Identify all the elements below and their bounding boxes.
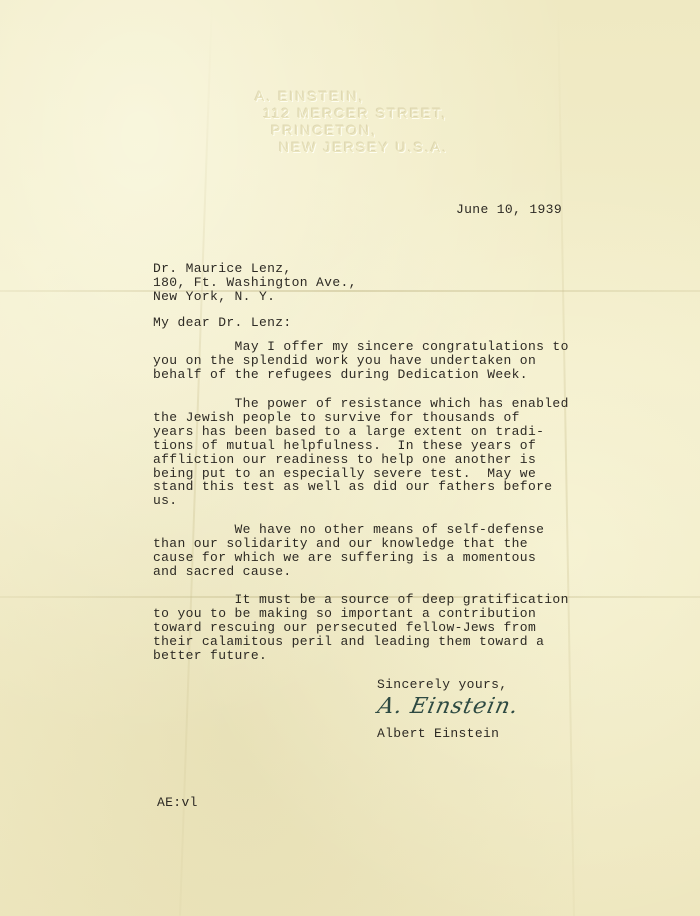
body-paragraph-3: We have no other means of self-defense t… xyxy=(153,523,544,579)
letterhead-town: Princeton, xyxy=(255,122,448,139)
body-paragraph-1: May I offer my sincere congratulations t… xyxy=(153,340,569,382)
letterhead-name: A. Einstein, xyxy=(255,88,448,105)
signer-name: Albert Einstein xyxy=(377,727,499,741)
recipient-name: Dr. Maurice Lenz, xyxy=(153,262,357,276)
recipient-address: Dr. Maurice Lenz,180, Ft. Washington Ave… xyxy=(153,262,357,304)
handwritten-signature: A. Einstein. xyxy=(375,694,521,719)
closing: Sincerely yours, xyxy=(377,678,507,692)
recipient-street: 180, Ft. Washington Ave., xyxy=(153,276,357,290)
recipient-city: New York, N. Y. xyxy=(153,290,357,304)
embossed-letterhead: A. Einstein, 112 Mercer Street, Princeto… xyxy=(255,88,448,156)
letter-date: June 10, 1939 xyxy=(456,203,562,217)
letterhead-country: New Jersey U.S.A. xyxy=(255,139,448,156)
body-paragraph-2: The power of resistance which has enable… xyxy=(153,397,569,508)
letterhead-street: 112 Mercer Street, xyxy=(255,105,448,122)
salutation: My dear Dr. Lenz: xyxy=(153,316,292,330)
body-paragraph-4: It must be a source of deep gratificatio… xyxy=(153,593,569,663)
reference-initials: AE:vl xyxy=(157,796,198,810)
